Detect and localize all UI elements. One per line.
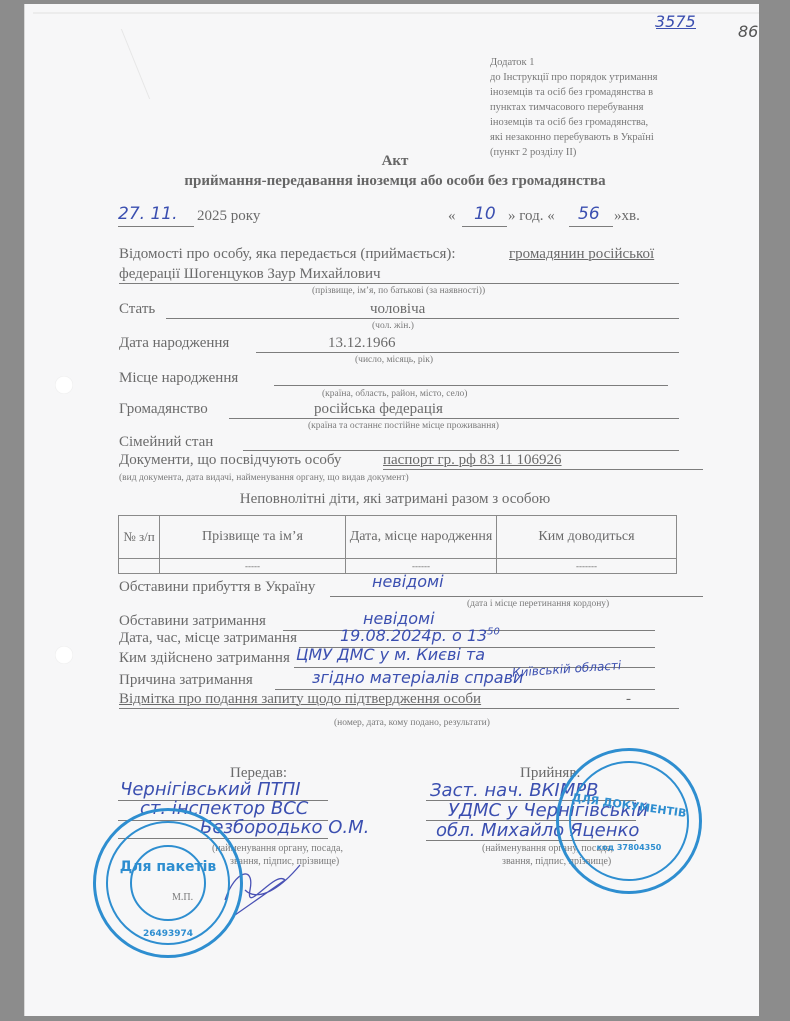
stamp-center-text: Для пакетів (96, 859, 240, 876)
request-label: Відмітка про подання запиту щодо підтвер… (119, 691, 481, 708)
stamp-for-documents: ДЛЯ ДОКУМЕНТІВ код 37804350 (556, 748, 702, 894)
stamp-for-packages: Для пакетів 26493974 (93, 808, 243, 958)
documents-underline (383, 469, 703, 470)
citizenship-hint: (країна та останнє постійне місце прожив… (308, 421, 499, 431)
appendix-line: Додаток 1 (490, 55, 657, 70)
stamp-code: 26493974 (96, 929, 240, 939)
arrival-value: невідомі (372, 572, 444, 591)
corner-underline (656, 28, 696, 29)
person-name-value: федерації Шогенцуков Заур Михайлович (119, 266, 381, 283)
marital-status-label: Сімейний стан (119, 434, 213, 451)
detention-circumstances-label: Обставини затримання (119, 613, 266, 630)
sex-underline (166, 318, 679, 319)
arrival-hint: (дата і місце перетинання кордону) (467, 599, 609, 609)
pob-label: Місце народження (119, 370, 238, 387)
citizenship-label: Громадянство (119, 401, 208, 418)
stamp-center-ring (130, 845, 206, 921)
marital-underline (243, 450, 679, 451)
act-minute: 56 (578, 204, 600, 224)
hour-underline (462, 226, 507, 227)
person-intro-value: громадянин російської (509, 246, 654, 263)
col-number: № з/п (119, 516, 160, 559)
stamp-code: код 37804350 (559, 843, 699, 852)
appendix-line: іноземців та осіб без громадянства в (490, 85, 657, 100)
person-intro-label: Відомості про особу, яка передається (пр… (119, 246, 456, 263)
detention-datetime-text: 19.08.2024р. о 13 (340, 626, 487, 645)
document-title: Акт (0, 153, 790, 170)
transferred-by-line-1: Чернігівський ПТПІ (120, 779, 301, 800)
punch-hole (55, 646, 73, 664)
reason-label: Причина затримання (119, 672, 253, 689)
children-section-title: Неповнолітні діти, які затримані разом з… (0, 491, 790, 508)
stamp-inner-ring (569, 761, 689, 881)
arrival-label: Обставини прибуття в Україну (119, 579, 315, 596)
name-underline (119, 283, 679, 284)
appendix-line: пунктах тимчасового перебування (490, 100, 657, 115)
document-subtitle: приймання-передавання іноземця або особи… (0, 173, 790, 190)
cell-number (119, 559, 160, 574)
request-value: - (626, 691, 631, 708)
appendix-note: Додаток 1 до Інструкції про порядок утри… (490, 55, 657, 160)
corner-page-number: 86 (738, 22, 758, 41)
sex-label: Стать (119, 301, 155, 318)
citizenship-underline (229, 418, 679, 419)
detention-datetime-value: 19.08.2024р. о 1350 (340, 626, 500, 645)
detention-datetime-label: Дата, час, місце затримання (119, 630, 297, 647)
scan-edge (33, 12, 759, 14)
documents-label: Документи, що посвідчують особу (119, 452, 341, 469)
children-table: № з/п Прізвище та ім’я Дата, місце народ… (118, 515, 677, 574)
appendix-line: до Інструкції про порядок утримання (490, 70, 657, 85)
act-hour: 10 (474, 204, 496, 224)
minute-underline (569, 226, 613, 227)
col-name: Прізвище та ім’я (160, 516, 346, 559)
pob-underline (274, 385, 668, 386)
dob-label: Дата народження (119, 335, 229, 352)
dob-underline (256, 352, 679, 353)
arrival-underline (330, 596, 703, 597)
detained-by-label: Ким здійснено затримання (119, 650, 290, 667)
table-header-row: № з/п Прізвище та ім’я Дата, місце народ… (119, 516, 677, 559)
punch-hole (55, 376, 73, 394)
name-hint: (прізвище, ім’я, по батькові (за наявнос… (312, 286, 485, 296)
cell-relation: ------- (497, 559, 677, 574)
act-day-month: 27. 11. (118, 204, 177, 224)
date-underline (118, 226, 194, 227)
citizenship-value: російська федерація (314, 401, 443, 418)
pob-hint: (країна, область, район, місто, село) (322, 389, 467, 399)
hour-label: » год. « (508, 208, 555, 225)
documents-value: паспорт гр. рф 83 11 106926 (383, 452, 562, 469)
cell-name: ----- (160, 559, 346, 574)
reason-value: згідно матеріалів справи (312, 668, 523, 687)
dob-value: 13.12.1966 (328, 335, 396, 352)
documents-hint: (вид документа, дата видачі, найменуванн… (119, 473, 409, 483)
detention-minutes: 50 (487, 627, 500, 638)
dob-hint: (число, місяць, рік) (355, 355, 433, 365)
col-relation: Ким доводиться (497, 516, 677, 559)
hour-open-quote: « (448, 208, 456, 225)
sex-value: чоловіча (370, 301, 425, 318)
appendix-line: які незаконно перебувають в Україні (490, 130, 657, 145)
act-year: 2025 року (197, 208, 260, 225)
minute-label: »хв. (614, 208, 640, 225)
paper-crease (121, 29, 190, 99)
reason-underline (275, 689, 655, 690)
request-underline (119, 708, 679, 709)
detained-by-value: ЦМУ ДМС у м. Києві та (296, 645, 485, 664)
sex-hint: (чол. жін.) (372, 321, 414, 331)
appendix-line: іноземців та осіб без громадянства, (490, 115, 657, 130)
request-hint: (номер, дата, кому подано, результати) (334, 718, 490, 728)
col-birth: Дата, місце народження (346, 516, 497, 559)
